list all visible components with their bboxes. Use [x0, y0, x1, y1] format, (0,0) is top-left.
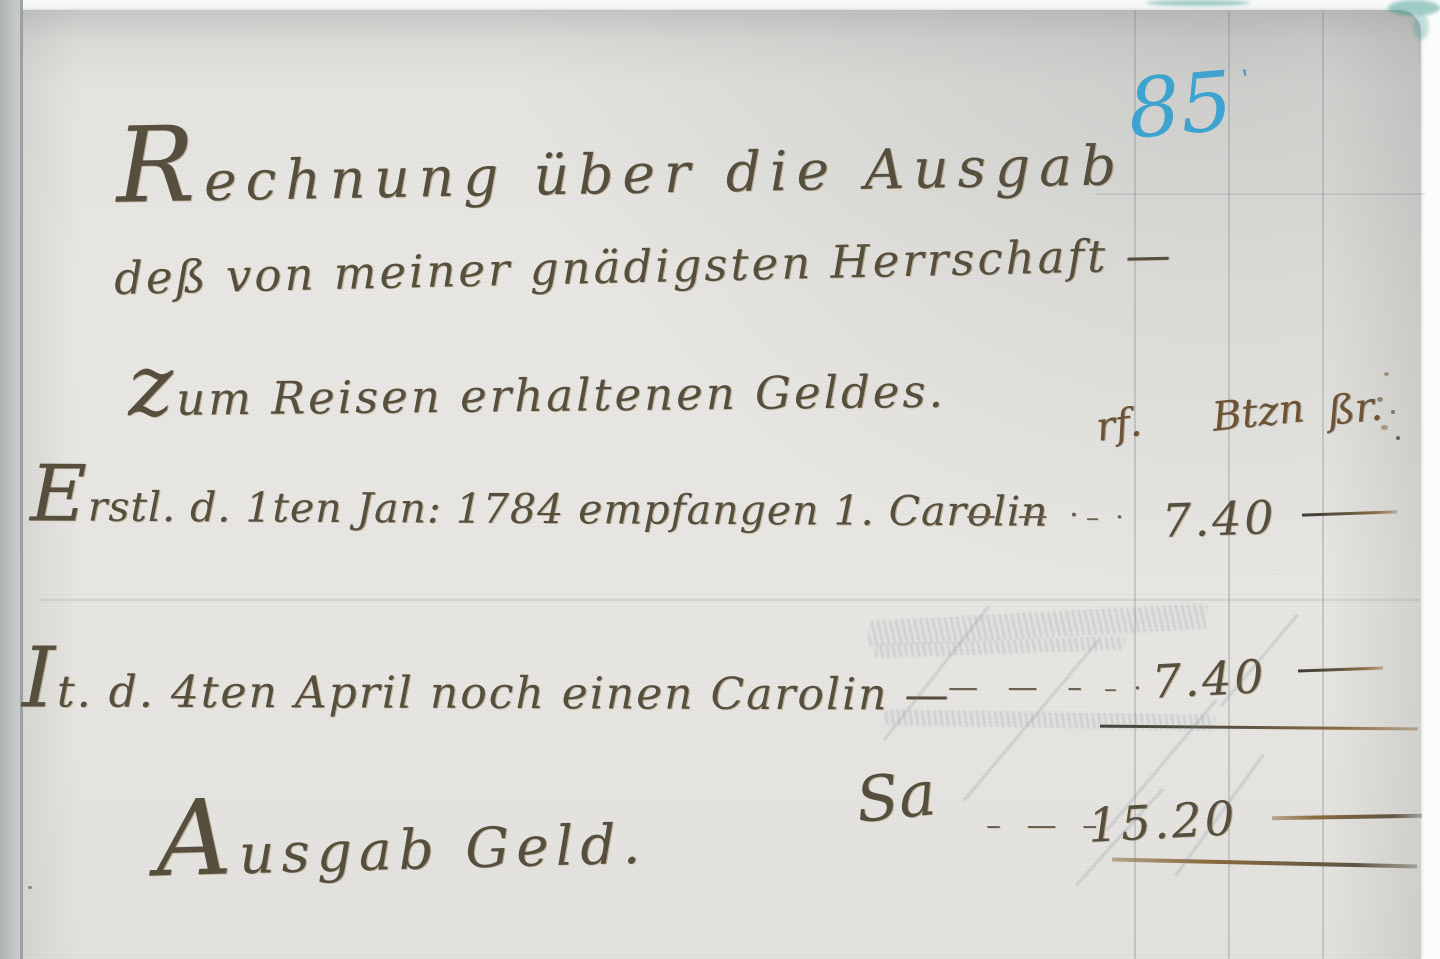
sum-label: Sa [852, 756, 939, 837]
entry-line-2-dashes: — — – [948, 670, 1092, 705]
ink-speck [1384, 372, 1389, 376]
ink-speck [1391, 410, 1395, 414]
entry-line-2-amount: 7.40 [1151, 649, 1268, 709]
currency-unit-rf: rf. [1093, 399, 1144, 451]
currency-unit-btzn: Btzn [1210, 385, 1307, 440]
entry-line-1-dashes: — — · [966, 498, 1085, 533]
ink-speck [1377, 397, 1383, 402]
entry-line-2-text: It. d. 4ten April noch einen Carolin — [22, 628, 951, 729]
section-heading-ausgab-geld: Ausgab Geld. [154, 766, 648, 901]
entry-line-2-predash: – · [1104, 674, 1146, 704]
ink-speck [1396, 436, 1400, 440]
paper-crease [1095, 193, 1425, 195]
heading-line-1: Rechnung über die Ausgab [115, 87, 1126, 227]
entry-line-1-amount: 7.40 [1161, 490, 1277, 548]
stain-mark [1413, 14, 1429, 40]
ink-speck [28, 886, 32, 889]
heading-line-3: zum Reisen erhaltenen Geldes. [128, 329, 947, 437]
stain-mark [1146, 0, 1250, 6]
currency-unit-ssr: ßr. [1326, 383, 1385, 434]
left-page-edge [0, 0, 20, 959]
scanned-document: 85‵ Rechnung über die Ausgab deß von mei… [0, 0, 1440, 959]
entry-line-1-predash: – · [1086, 503, 1128, 533]
paper-crease [40, 599, 1420, 601]
entry-line-1-text: Erstl. d. 1ten Jan: 1784 empfangen 1. Ca… [30, 449, 1049, 544]
stain-mark [1388, 0, 1440, 16]
folio-number: 85‵ [1124, 53, 1244, 157]
ink-speck [1381, 425, 1388, 430]
folio-number-digits: 85 [1124, 54, 1236, 158]
